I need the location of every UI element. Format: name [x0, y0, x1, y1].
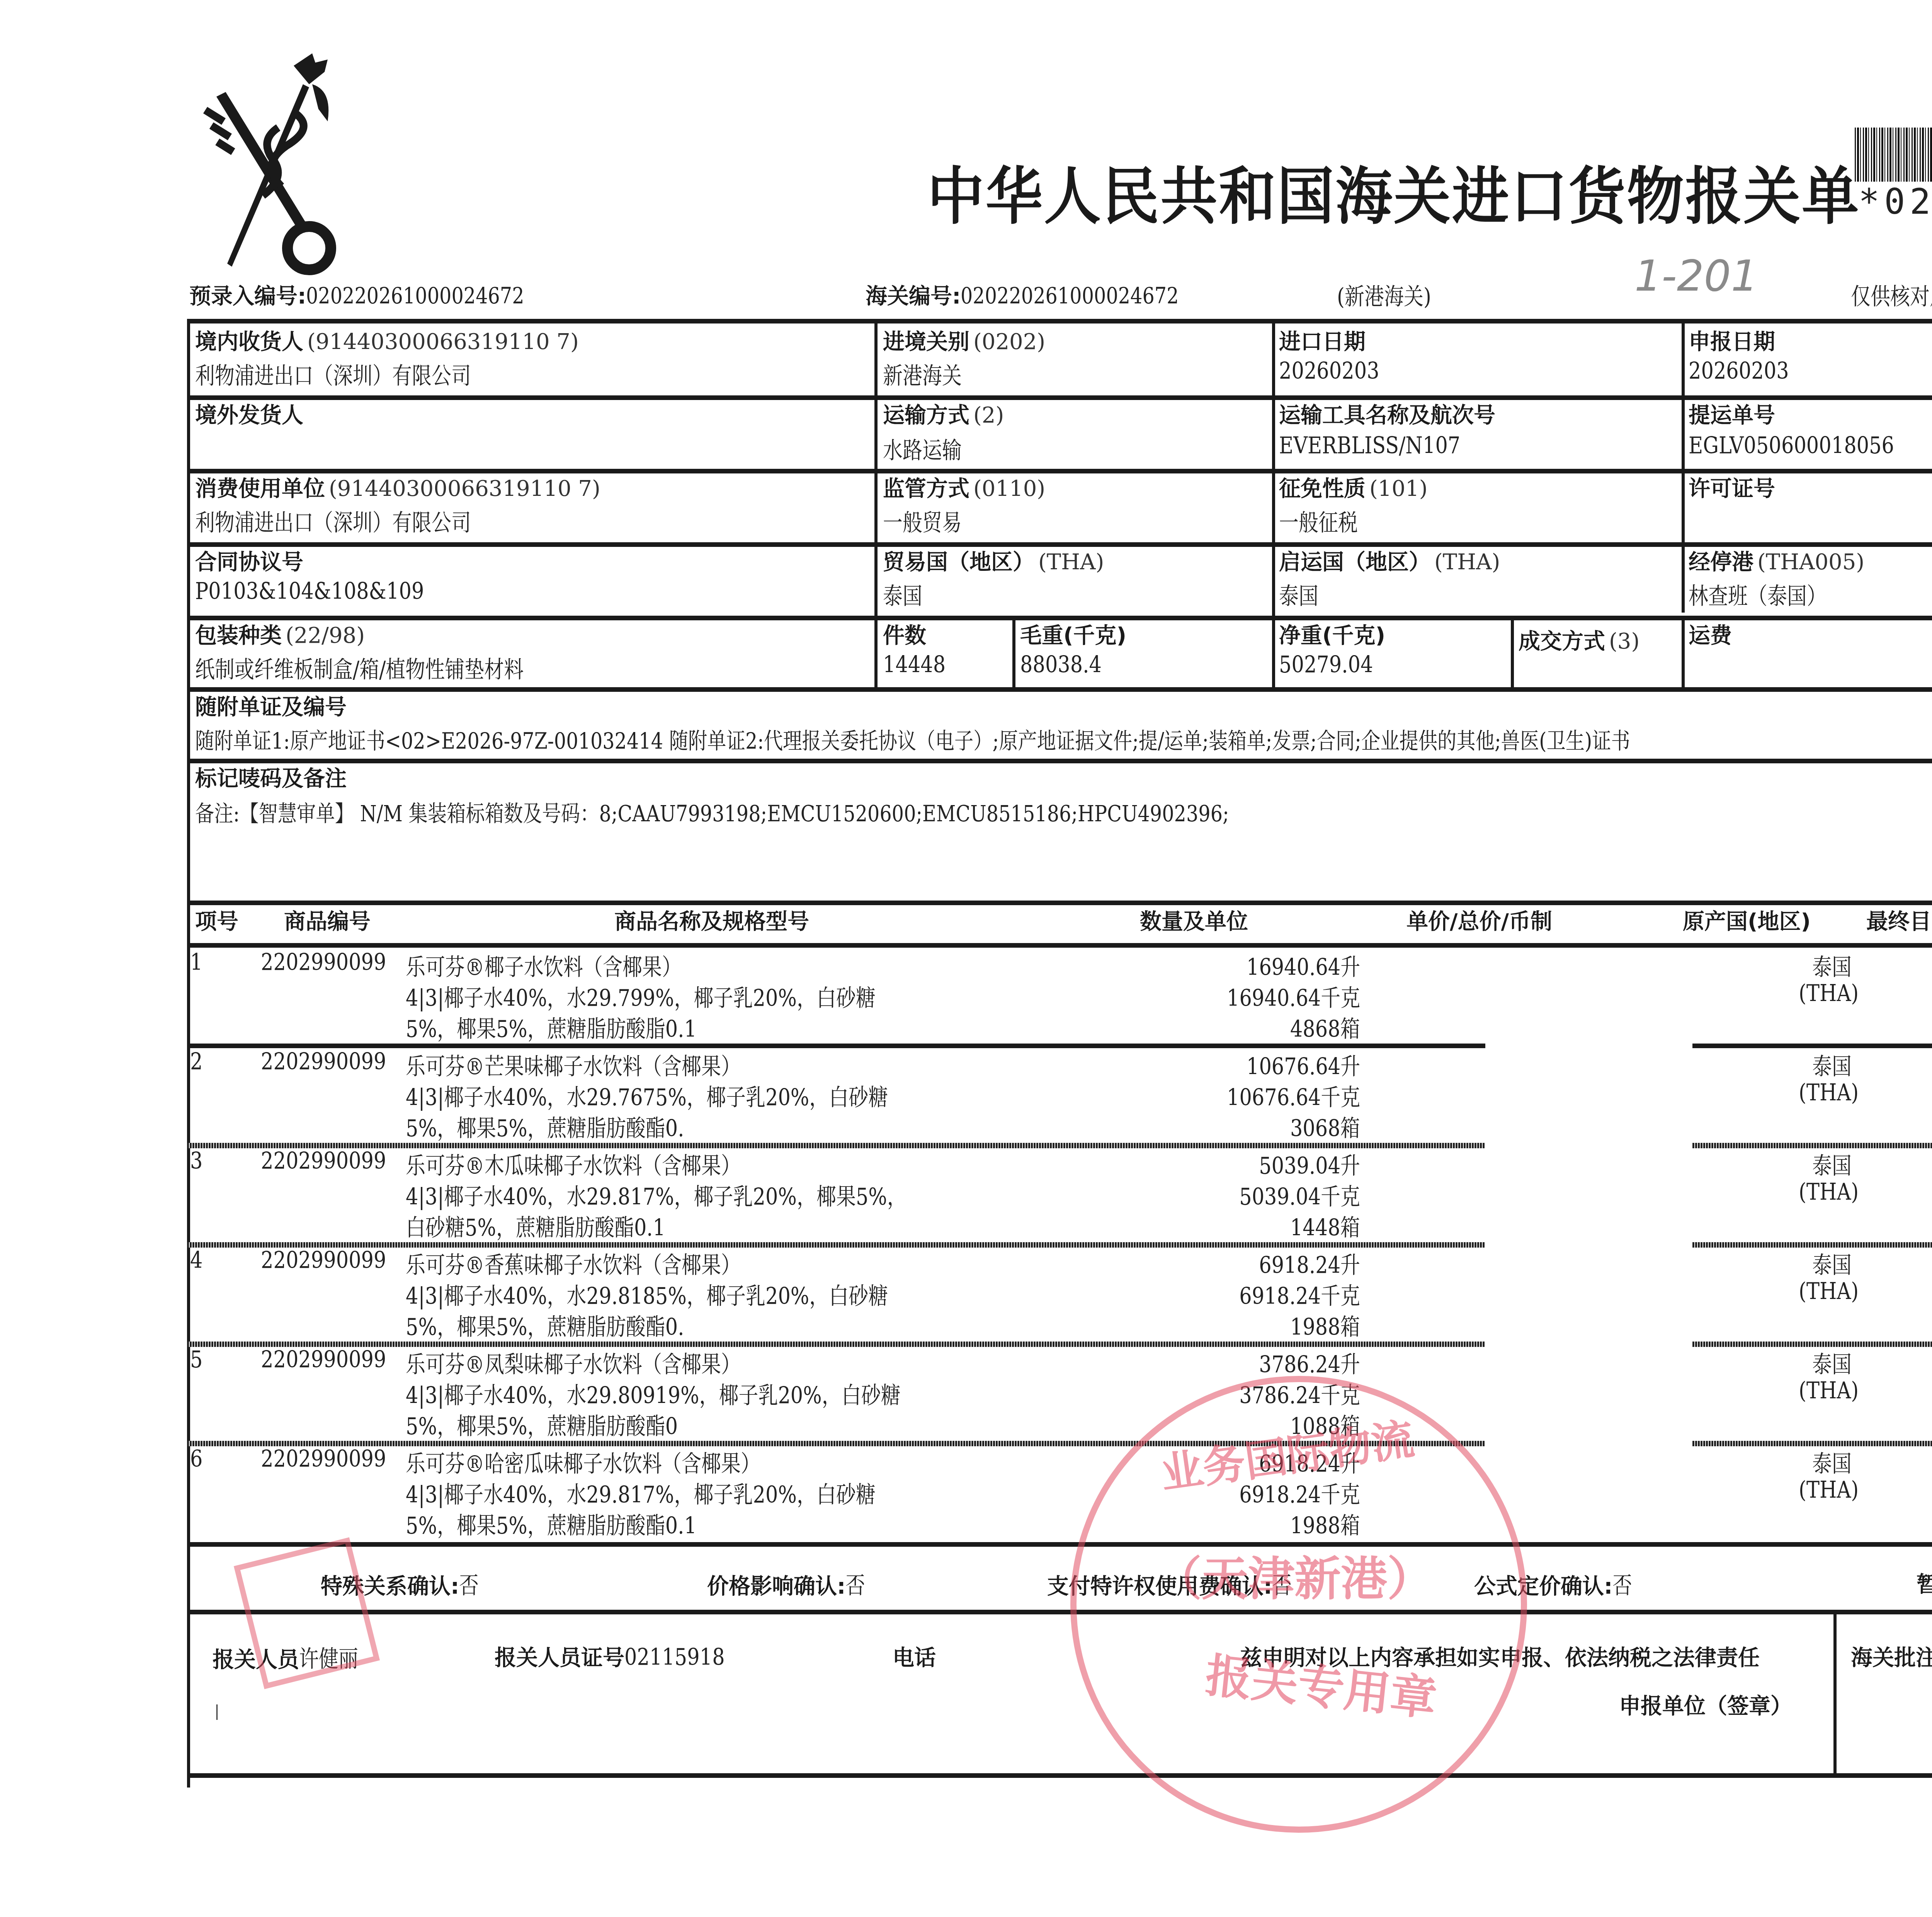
attached-docs-value: 随附单证1:原产地证书<02>E2026-97Z-001032414 随附单证2…	[195, 723, 1630, 755]
attached-docs-label: 随附单证及编号	[195, 690, 347, 721]
col-destination: 最终目的国(地区)	[1866, 904, 1932, 935]
transit-port-value: 林查班（泰国）	[1689, 578, 1827, 611]
royalty-label: 支付特许权使用费确认:	[1047, 1574, 1272, 1599]
formula-pricing-label: 公式定价确认:	[1474, 1574, 1612, 1599]
declare-date-label: 申报日期	[1689, 325, 1775, 356]
supervision-mode-code: (0110)	[973, 476, 1045, 501]
goods-name: 乐可芬®木瓜味椰子水饮料（含椰果）	[406, 1147, 741, 1181]
quantity-boxes: 1988箱	[1290, 1507, 1360, 1541]
consumer-label: 消费使用单位	[195, 476, 325, 501]
bill-no-label: 提运单号	[1689, 398, 1775, 429]
shipping-country-label: 启运国（地区）	[1279, 550, 1430, 575]
verification-note: 仅供核对用	[1851, 278, 1932, 312]
marks-remarks-label: 标记唛码及备注	[195, 761, 347, 792]
item-no: 4	[190, 1247, 202, 1274]
origin-country: 泰国	[1812, 949, 1852, 982]
deal-mode-code: (3)	[1609, 629, 1639, 654]
vessel-value: EVERBLISS/N107	[1279, 432, 1460, 459]
goods-spec-line1: 4|3|椰子水40%，水29.7675%，椰子乳20%，白砂糖	[406, 1079, 888, 1112]
goods-spec-line2: 5%，椰果5%，蔗糖脂肪酸脂0.1	[406, 1011, 697, 1044]
item-no: 2	[190, 1048, 202, 1075]
entry-customs-code: (0202)	[973, 329, 1045, 354]
row-separator	[187, 1044, 1485, 1048]
package-type-label: 包装种类	[195, 623, 282, 648]
vessel-label: 运输工具名称及航次号	[1279, 398, 1495, 429]
transport-mode-code: (2)	[973, 403, 1004, 428]
origin-country: 泰国	[1812, 1346, 1852, 1379]
quantity-liters: 16940.64升	[1247, 949, 1360, 982]
cursor-mark	[216, 1704, 218, 1720]
barcode	[1855, 128, 1932, 182]
hs-code: 2202990099	[261, 1445, 386, 1473]
shipping-country-value: 泰国	[1279, 578, 1318, 611]
trade-country-label: 贸易国（地区）	[883, 550, 1034, 575]
goods-name: 乐可芬®椰子水饮料（含椰果）	[406, 949, 682, 982]
col-name-spec: 商品名称及规格型号	[614, 904, 809, 935]
goods-name: 乐可芬®凤梨味椰子水饮料（含椰果）	[406, 1346, 741, 1379]
goods-name: 乐可芬®香蕉味椰子水饮料（含椰果）	[406, 1247, 741, 1280]
transit-port-code: (THA005)	[1757, 550, 1864, 575]
entry-customs-label: 进境关别	[883, 329, 969, 354]
quantity-boxes: 1088箱	[1290, 1408, 1360, 1441]
table-border-left	[187, 319, 190, 1788]
levy-nature-value: 一般征税	[1279, 504, 1358, 538]
declarant-cert-no: 02115918	[624, 1644, 725, 1671]
pieces-value: 14448	[883, 651, 946, 678]
pre-entry-label: 预录入编号:	[189, 284, 306, 309]
goods-spec-line1: 4|3|椰子水40%，水29.799%，椰子乳20%，白砂糖	[406, 980, 876, 1013]
quantity-kg: 10676.64千克	[1227, 1079, 1360, 1112]
col-item-no: 项号	[195, 904, 238, 935]
origin-code: (THA)	[1799, 1476, 1859, 1503]
net-weight-label: 净重(千克)	[1279, 618, 1385, 649]
royalty-value: 否	[1272, 1567, 1292, 1600]
transport-mode-value: 水路运输	[883, 432, 962, 465]
trade-country-code: (THA)	[1038, 550, 1104, 575]
origin-code: (THA)	[1799, 1278, 1859, 1305]
license-no-label: 许可证号	[1689, 472, 1775, 502]
marks-remarks-value: 备注:【智慧审单】 N/M 集装箱标箱数及号码：8;CAAU7993198;EM…	[195, 795, 1229, 828]
origin-country: 泰国	[1812, 1048, 1852, 1081]
quantity-kg: 6918.24千克	[1239, 1476, 1360, 1510]
price-impact-value: 否	[845, 1567, 865, 1600]
quantity-liters: 6918.24升	[1259, 1445, 1360, 1479]
quantity-liters: 6918.24升	[1259, 1247, 1360, 1280]
special-relation-value: 否	[459, 1567, 479, 1600]
quantity-liters: 5039.04升	[1259, 1147, 1360, 1181]
goods-spec-line2: 5%，椰果5%，蔗糖脂肪酸酯0	[406, 1408, 678, 1441]
transport-mode-label: 运输方式	[883, 403, 969, 428]
quantity-kg: 16940.64千克	[1227, 980, 1360, 1013]
quantity-liters: 3786.24升	[1259, 1346, 1360, 1379]
hs-code: 2202990099	[261, 1147, 386, 1175]
gross-weight-value: 88038.4	[1020, 651, 1102, 678]
package-type-code: (22/98)	[286, 623, 365, 648]
supervision-mode-value: 一般贸易	[883, 504, 962, 538]
col-price: 单价/总价/币制	[1406, 904, 1552, 935]
origin-code: (THA)	[1799, 1178, 1859, 1205]
hs-code: 2202990099	[261, 1247, 386, 1274]
declaration-statement: 兹申明对以上内容承担如实申报、依法纳税之法律责任	[1240, 1641, 1760, 1672]
item-no: 1	[190, 949, 202, 976]
item-no: 3	[190, 1147, 202, 1175]
formula-pricing-value: 否	[1612, 1567, 1632, 1600]
goods-spec-line2: 5%，椰果5%，蔗糖脂肪酸酯0.	[406, 1110, 684, 1143]
entry-customs-value: 新港海关	[883, 358, 962, 391]
quantity-boxes: 1448箱	[1290, 1209, 1360, 1243]
item-no: 6	[190, 1445, 202, 1473]
quantity-boxes: 1988箱	[1290, 1309, 1360, 1342]
customs-emblem-icon	[185, 50, 355, 282]
shipping-country-code: (THA)	[1434, 550, 1500, 575]
import-date-label: 进口日期	[1279, 325, 1366, 356]
customs-number: 020220261000024672	[961, 283, 1179, 309]
levy-nature-code: (101)	[1369, 476, 1428, 501]
supervision-mode-label: 监管方式	[883, 476, 969, 501]
price-impact-label: 价格影响确认:	[707, 1574, 845, 1599]
row-separator	[1692, 1044, 1932, 1048]
origin-code: (THA)	[1799, 1377, 1859, 1404]
quantity-kg: 5039.04千克	[1239, 1178, 1360, 1212]
goods-spec-line1: 4|3|椰子水40%，水29.80919%，椰子乳20%，白砂糖	[406, 1377, 901, 1410]
document-title: 中华人民共和国海关进口货物报关单	[927, 147, 1860, 236]
consumer-value: 利物浦进出口（深圳）有限公司	[195, 504, 471, 538]
trade-country-value: 泰国	[883, 578, 922, 611]
quantity-boxes: 3068箱	[1290, 1110, 1360, 1143]
levy-nature-label: 征免性质	[1279, 476, 1366, 501]
declare-date-value: 20260203	[1689, 358, 1789, 385]
handwritten-note: 1-201	[1634, 251, 1758, 301]
quantity-boxes: 4868箱	[1290, 1011, 1360, 1044]
gross-weight-label: 毛重(千克)	[1020, 618, 1126, 649]
net-weight-value: 50279.04	[1279, 651, 1373, 678]
customs-office: (新港海关)	[1337, 278, 1431, 312]
freight-label: 运费	[1689, 618, 1732, 649]
origin-code: (THA)	[1799, 980, 1859, 1007]
overseas-shipper-label: 境外发货人	[195, 398, 303, 429]
goods-spec-line1: 4|3|椰子水40%，水29.817%，椰子乳20%，白砂糖	[406, 1476, 876, 1510]
goods-spec-line1: 4|3|椰子水40%，水29.8185%，椰子乳20%，白砂糖	[406, 1278, 888, 1311]
package-type-value: 纸制或纤维板制盒/箱/植物性铺垫材料	[195, 651, 524, 684]
barcode-text: *020220261000024672*	[1859, 182, 1932, 222]
item-no: 5	[190, 1346, 202, 1373]
col-origin: 原产国(地区)	[1683, 904, 1811, 935]
hs-code: 2202990099	[261, 1048, 386, 1075]
consignee-label: 境内收货人	[195, 329, 303, 354]
consignee-code: (91440300066319110 7)	[307, 329, 579, 354]
goods-spec-line1: 4|3|椰子水40%，水29.817%，椰子乳20%，椰果5%，	[406, 1178, 907, 1212]
consignee-value: 利物浦进出口（深圳）有限公司	[195, 358, 471, 391]
pieces-label: 件数	[883, 618, 926, 649]
col-hs-code: 商品编号	[284, 904, 371, 935]
goods-name: 乐可芬®哈密瓜味椰子水饮料（含椰果）	[406, 1445, 760, 1479]
deal-mode-label: 成交方式	[1519, 629, 1605, 654]
origin-code: (THA)	[1799, 1079, 1859, 1106]
origin-country: 泰国	[1812, 1247, 1852, 1280]
hs-code: 2202990099	[261, 1346, 386, 1373]
goods-spec-line2: 5%，椰果5%，蔗糖脂肪酸酯0.1	[406, 1507, 697, 1541]
transit-port-label: 经停港	[1689, 550, 1753, 575]
provisional-price-label: 暂定价格确认:	[1917, 1572, 1932, 1597]
goods-spec-line2: 5%，椰果5%，蔗糖脂肪酸酯0.	[406, 1309, 684, 1342]
goods-spec-line2: 白砂糖5%，蔗糖脂肪酸酯0.1	[406, 1209, 665, 1243]
quantity-kg: 6918.24千克	[1239, 1278, 1360, 1311]
customs-approval-label: 海关批注及签章	[1851, 1641, 1932, 1672]
origin-country: 泰国	[1812, 1445, 1852, 1479]
quantity-liters: 10676.64升	[1247, 1048, 1360, 1081]
phone-label: 电话	[893, 1641, 936, 1672]
import-date-value: 20260203	[1279, 358, 1379, 385]
bill-no-value: EGLV050600018056	[1689, 432, 1894, 459]
declarant-cert-label: 报关人员证号	[495, 1645, 624, 1670]
goods-name: 乐可芬®芒果味椰子水饮料（含椰果）	[406, 1048, 741, 1081]
quantity-kg: 3786.24千克	[1239, 1377, 1360, 1410]
customs-number-label: 海关编号:	[866, 284, 961, 309]
origin-country: 泰国	[1812, 1147, 1852, 1181]
consumer-code: (91440300066319110 7)	[329, 476, 600, 501]
contract-no-value: P0103&104&108&109	[195, 578, 424, 605]
col-quantity-unit: 数量及单位	[1140, 904, 1248, 935]
pre-entry-number: 020220261000024672	[306, 283, 524, 309]
contract-no-label: 合同协议号	[195, 545, 303, 576]
declaring-unit-label: 申报单位（签章）	[1619, 1689, 1792, 1720]
hs-code: 2202990099	[261, 949, 386, 976]
